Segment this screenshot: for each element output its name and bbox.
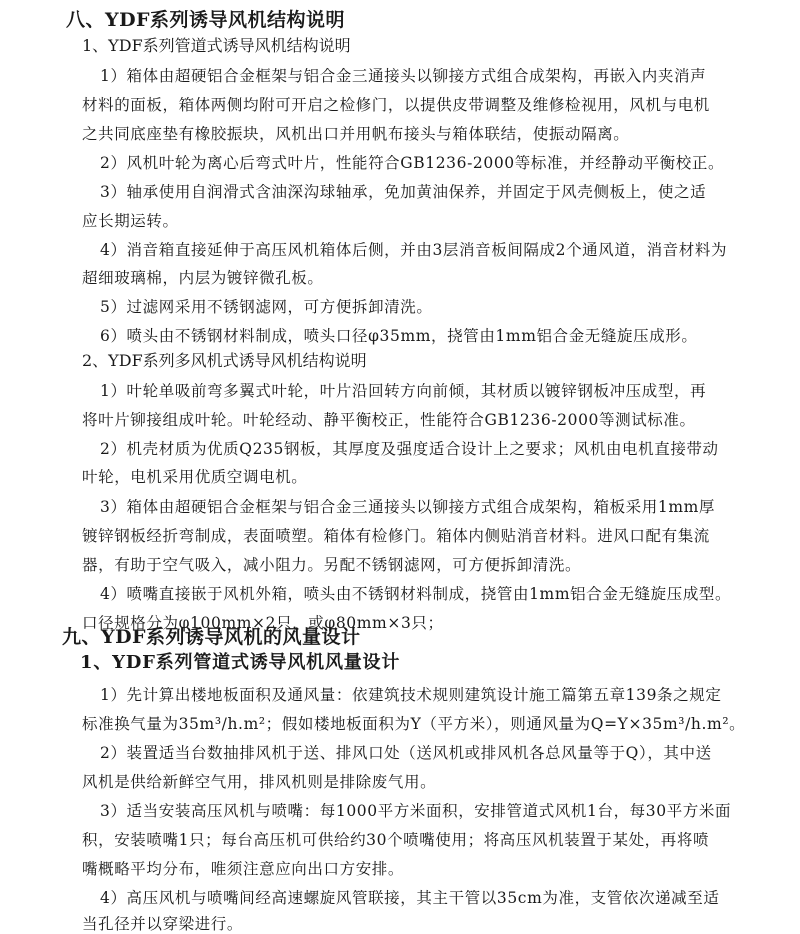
paragraph-line: 3）箱体由超硬铝合金框架与铝合金三通接头以铆接方式组合成架构，箱板采用1mm厚 [100,497,715,517]
paragraph-line: 器，有助于空气吸入，减小阻力。另配不锈钢滤网，可方便拆卸清洗。 [82,555,581,575]
paragraph-line: 4）消音箱直接延伸于高压风机箱体后侧，并由3层消音板间隔成2个通风道，消音材料为 [100,240,727,260]
paragraph-line: 4）高压风机与喷嘴间经高速螺旋风管联接，其主干管以35cm为准，支管依次递减至适 [100,888,719,908]
paragraph-line: 2）装置适当台数抽排风机于送、排风口处（送风机或排风机各总风量等于Q），其中送 [100,743,712,763]
paragraph-line: 嘴概略平均分布，唯须注意应向出口方安排。 [82,859,404,879]
paragraph-line: 3）适当安装高压风机与喷嘴：每1000平方米面积，安排管道式风机1台，每30平方… [100,801,731,821]
paragraph-line: 2）风机叶轮为离心后弯式叶片，性能符合GB1236-2000等标准，并经静动平衡… [100,153,724,173]
paragraph-line: 3）轴承使用自润滑式含油深沟球轴承，免加黄油保养，并固定于风壳侧板上，使之适 [100,182,706,202]
paragraph-line: 叶轮，电机采用优质空调电机。 [82,467,307,487]
paragraph-line: 超细玻璃棉，内层为镀锌微孔板。 [82,268,324,288]
paragraph-line: 风机是供给新鲜空气用，排风机则是排除废气用。 [82,772,436,792]
paragraph-line: 5）过滤网采用不锈钢滤网，可方便拆卸清洗。 [100,297,432,317]
section-8-1-title: 1、YDF系列管道式诱导风机结构说明 [82,35,351,57]
paragraph-line: 6）喷头由不锈钢材料制成，喷头口径φ35mm，挠管由1mm铝合金无缝旋压成形。 [100,326,698,346]
paragraph-line: 镀锌钢板经折弯制成，表面喷塑。箱体有检修门。箱体内侧贴消音材料。进风口配有集流 [82,526,710,546]
section-8-2-title: 2、YDF系列多风机式诱导风机结构说明 [82,350,367,372]
section-9-1-title: 1、YDF系列管道式诱导风机风量设计 [80,651,400,675]
paragraph-line: 2）机壳材质为优质Q235钢板，其厚度及强度适合设计上之要求；风机由电机直接带动 [100,439,719,459]
paragraph-line: 1）先计算出楼地板面积及通风量：依建筑技术规则建筑设计施工篇第五章139条之规定 [100,685,721,705]
paragraph-line: 将叶片铆接组成叶轮。叶轮经动、静平衡校正，性能符合GB1236-2000等测试标… [82,410,696,430]
paragraph-line: 1）叶轮单吸前弯多翼式叶轮，叶片沿回转方向前倾，其材质以镀锌钢板冲压成型，再 [100,381,706,401]
paragraph-line: 材料的面板，箱体两侧均附可开启之检修门，以提供皮带调整及维修检视用，风机与电机 [82,95,710,115]
paragraph-line: 标准换气量为35m³/h.m²；假如楼地板面积为Y（平方米），则通风量为Q=Y×… [82,714,745,734]
paragraph-line: 之共同底座垫有橡胶振块，风机出口并用帆布接头与箱体联结，使振动隔离。 [82,124,629,144]
paragraph-line: 4）喷嘴直接嵌于风机外箱，喷头由不锈钢材料制成，挠管由1mm铝合金无缝旋压成型。 [100,584,731,604]
section-9-title: 九、YDF系列诱导风机的风量设计 [62,625,361,649]
paragraph-line: 积，安装喷嘴1只；每台高压机可供给约30个喷嘴使用；将高压风机装置于某处，再将喷 [82,830,709,850]
paragraph-line: 1）箱体由超硬铝合金框架与铝合金三通接头以铆接方式组合成架构，再嵌入内夹消声 [100,66,706,86]
paragraph-line: 当孔径并以穿梁进行。 [82,914,243,934]
paragraph-line: 应长期运转。 [82,211,179,231]
section-8-title: 八、YDF系列诱导风机结构说明 [66,8,345,32]
